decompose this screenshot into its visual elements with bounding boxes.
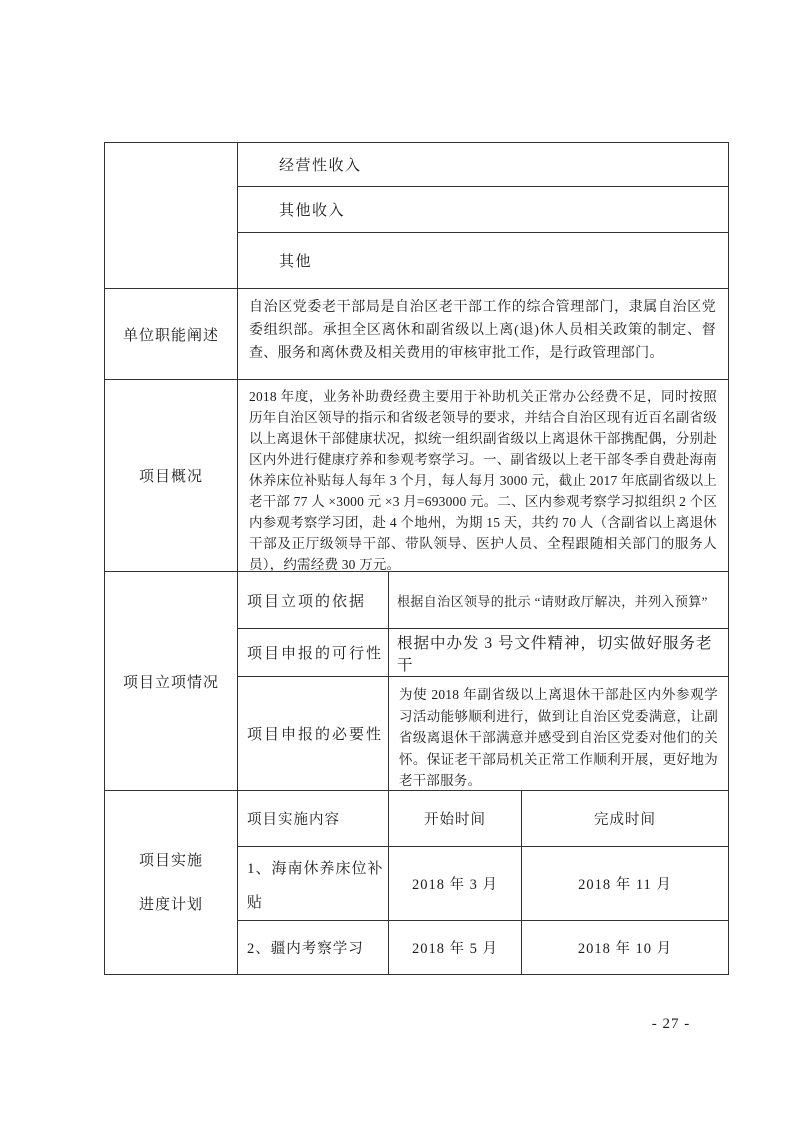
budget-project-table: 经营性收入 其他收入 其他 单位职能阐述 自治区党委老干部局是自治区老干部工作的… [104,142,729,975]
unit-function-content: 自治区党委老干部局是自治区老干部工作的综合管理部门，隶属自治区党委组织部。承担全… [237,289,728,379]
project-approval-section: 项目立项情况 项目立项的依据 根据自治区领导的批示 “请财政厅解决，并列入预算”… [105,571,728,790]
schedule-header-row: 项目实施内容 开始时间 完成时间 [238,791,728,846]
schedule-row-finish: 2018 年 10 月 [521,921,728,974]
income-section: 经营性收入 其他收入 其他 [105,143,728,288]
approval-feasibility-row: 项目申报的可行性 根据中办发 3 号文件精神，切实做好服务老干 [238,628,728,676]
page-number: - 27 - [628,1016,714,1033]
approval-feasibility-label: 项目申报的可行性 [238,629,388,676]
schedule-row-content: 1、海南休养床位补贴 [238,847,388,920]
project-overview-section: 项目概况 2018 年度，业务补助费经费主要用于补助机关正常办公经费不足，同时按… [105,379,728,571]
schedule-row-finish: 2018 年 11 月 [521,847,728,920]
approval-basis-row: 项目立项的依据 根据自治区领导的批示 “请财政厅解决，并列入预算” [238,572,728,628]
schedule-row-content: 2、疆内考察学习 [238,921,388,974]
approval-basis-content: 根据自治区领导的批示 “请财政厅解决，并列入预算” [388,572,728,628]
approval-basis-label: 项目立项的依据 [238,572,388,628]
schedule-header-content: 项目实施内容 [238,791,388,846]
income-row-label: 其他 [238,250,312,271]
unit-function-content-line1: 自治区党委老干部局是自治区老干部工作的综合管理部门，隶属自治区党 [249,300,716,315]
unit-function-section: 单位职能阐述 自治区党委老干部局是自治区老干部工作的综合管理部门，隶属自治区党委… [105,288,728,379]
approval-necessity-label: 项目申报的必要性 [238,677,388,790]
document-page: 经营性收入 其他收入 其他 单位职能阐述 自治区党委老干部局是自治区老干部工作的… [0,0,793,1122]
approval-necessity-content: 为使 2018 年副省级以上离退休干部赴区内外参观学习活动能够顺利进行，做到让自… [388,677,728,790]
income-row-operating: 经营性收入 [238,143,728,186]
schedule-header-start: 开始时间 [388,791,521,846]
income-section-label-cell-empty [105,143,237,288]
schedule-row-start: 2018 年 5 月 [388,921,521,974]
approval-necessity-row: 项目申报的必要性 为使 2018 年副省级以上离退休干部赴区内外参观学习活动能够… [238,676,728,790]
project-approval-rows: 项目立项的依据 根据自治区领导的批示 “请财政厅解决，并列入预算” 项目申报的可… [237,572,728,790]
schedule-row-xinjiang: 2、疆内考察学习 2018 年 5 月 2018 年 10 月 [238,920,728,974]
implementation-schedule-section: 项目实施 进度计划 项目实施内容 开始时间 完成时间 1、海南休养床位补贴 20… [105,790,728,974]
income-rows: 经营性收入 其他收入 其他 [237,143,728,288]
project-overview-content: 2018 年度，业务补助费经费主要用于补助机关正常办公经费不足，同时按照历年自治… [237,380,728,571]
schedule-header-finish: 完成时间 [521,791,728,846]
unit-function-content-line2: 委组织部。承担全区离休和副省级以上离(退)休人员相关政策的制定、督查、服务和离休… [249,323,716,361]
income-row-label: 经营性收入 [238,154,362,175]
approval-feasibility-content: 根据中办发 3 号文件精神，切实做好服务老干 [388,629,728,676]
schedule-row-start: 2018 年 3 月 [388,847,521,920]
income-row-other: 其他 [238,232,728,288]
implementation-schedule-rows: 项目实施内容 开始时间 完成时间 1、海南休养床位补贴 2018 年 3 月 2… [237,791,728,974]
project-approval-label: 项目立项情况 [105,572,237,790]
schedule-row-hainan: 1、海南休养床位补贴 2018 年 3 月 2018 年 11 月 [238,846,728,920]
implementation-schedule-label: 项目实施 进度计划 [105,791,237,974]
income-row-other-income: 其他收入 [238,186,728,232]
project-overview-label: 项目概况 [105,380,237,571]
income-row-label: 其他收入 [238,199,345,220]
unit-function-label: 单位职能阐述 [105,289,237,379]
